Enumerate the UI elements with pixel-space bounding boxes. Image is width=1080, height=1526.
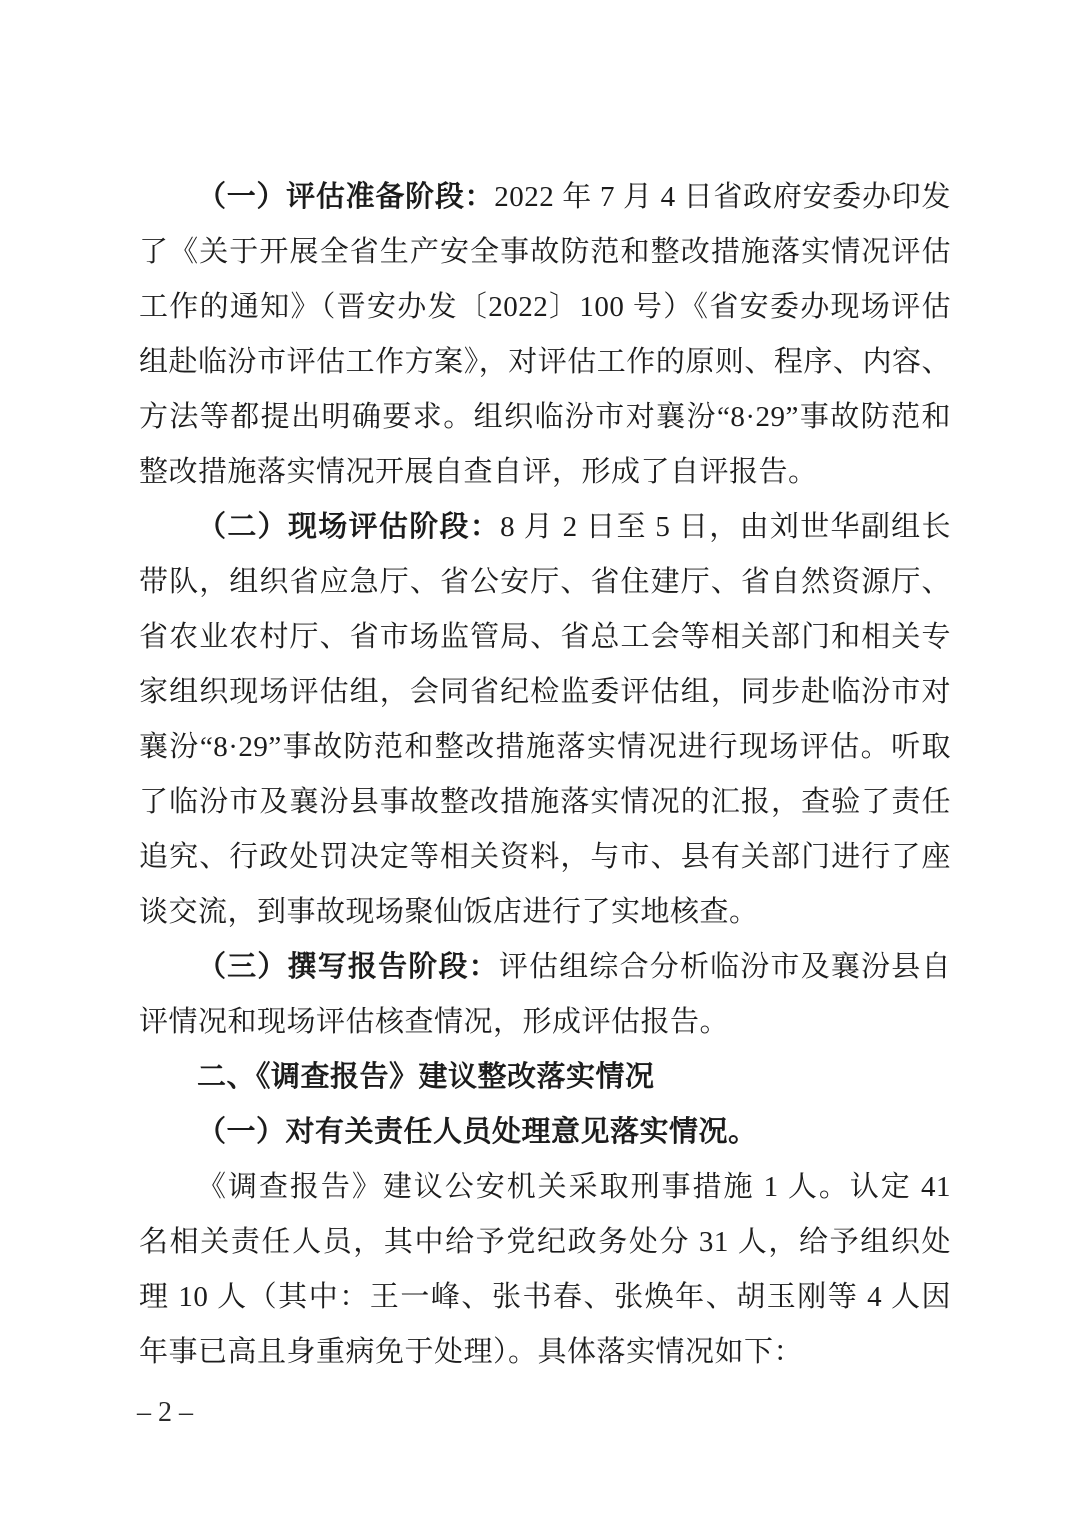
subsection-heading-personnel-handling: （一）对有关责任人员处理意见落实情况。 [139,1105,951,1160]
paragraph-onsite-evaluation: （二）现场评估阶段：8 月 2 日至 5 日，由刘世华副组长带队，组织省应急厅、… [139,500,951,940]
paragraph-personnel-details: 《调查报告》建议公安机关采取刑事措施 1 人。认定 41 名相关责任人员，其中给… [139,1160,951,1380]
paragraph-text: 《调查报告》建议公安机关采取刑事措施 1 人。认定 41 名相关责任人员，其中给… [139,1171,951,1368]
document-page: （一）评估准备阶段：2022 年 7 月 4 日省政府安委办印发了《关于开展全省… [0,0,1080,1526]
paragraph-lead: （三）撰写报告阶段： [197,951,499,983]
section-heading-rectification-status: 二、《调查报告》建议整改落实情况 [139,1050,951,1105]
paragraph-lead: （一）评估准备阶段： [197,181,494,213]
paragraph-text: 8 月 2 日至 5 日，由刘世华副组长带队，组织省应急厅、省公安厅、省住建厅、… [139,511,951,928]
paragraph-lead: （二）现场评估阶段： [197,511,500,543]
page-number: – 2 – [137,1396,193,1430]
paragraph-report-writing: （三）撰写报告阶段：评估组综合分析临汾市及襄汾县自评情况和现场评估核查情况，形成… [139,940,951,1050]
document-body: （一）评估准备阶段：2022 年 7 月 4 日省政府安委办印发了《关于开展全省… [139,170,951,1380]
paragraph-eval-preparation: （一）评估准备阶段：2022 年 7 月 4 日省政府安委办印发了《关于开展全省… [139,170,951,500]
paragraph-text: 2022 年 7 月 4 日省政府安委办印发了《关于开展全省生产安全事故防范和整… [139,181,951,488]
